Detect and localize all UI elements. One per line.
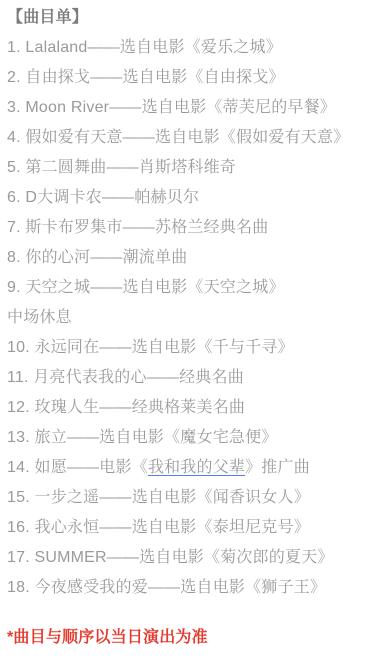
program-line-5: 5. 第二圆舞曲——肖斯塔科维奇 (7, 153, 367, 183)
program-line-2: 2. 自由探戈——选自电影《自由探戈》 (7, 63, 367, 93)
program-line-9: 9. 天空之城——选自电影《天空之城》 (7, 273, 367, 303)
intermission-line: 中场休息 (7, 303, 367, 333)
program-title: 【曲目单】 (7, 3, 367, 33)
footer-note: *曲目与顺序以当日演出为准 (7, 623, 367, 653)
article-page: 【曲目单】 1. Lalaland——选自电影《爱乐之城》 2. 自由探戈——选… (0, 0, 373, 661)
program-line-15: 15. 一步之遥——选自电影《闻香识女人》 (7, 483, 367, 513)
program-line-4: 4. 假如爱有天意——选自电影《假如爱有天意》 (7, 123, 367, 153)
program-line-17: 17. SUMMER——选自电影《菊次郎的夏天》 (7, 543, 367, 573)
program-line-7: 7. 斯卡布罗集市——苏格兰经典名曲 (7, 213, 367, 243)
program-line-14-prefix: 14. 如愿——电影《 (7, 459, 148, 476)
program-line-11: 11. 月亮代表我的心——经典名曲 (7, 363, 367, 393)
program-line-3: 3. Moon River——选自电影《蒂芙尼的早餐》 (7, 93, 367, 123)
program-line-8: 8. 你的心河——潮流单曲 (7, 243, 367, 273)
program-line-6: 6. D大调卡农——帕赫贝尔 (7, 183, 367, 213)
program-line-16: 16. 我心永恒——选自电影《泰坦尼克号》 (7, 513, 367, 543)
movie-link[interactable]: 我和我的父辈 (148, 459, 245, 476)
program-line-14-suffix: 》推广曲 (245, 459, 310, 476)
program-line-1: 1. Lalaland——选自电影《爱乐之城》 (7, 33, 367, 63)
program-line-12: 12. 玫瑰人生——经典格莱美名曲 (7, 393, 367, 423)
program-line-14: 14. 如愿——电影《我和我的父辈》推广曲 (7, 453, 367, 483)
program-line-13: 13. 旅立——选自电影《魔女宅急便》 (7, 423, 367, 453)
program-line-10: 10. 永远同在——选自电影《千与千寻》 (7, 333, 367, 363)
program-line-18: 18. 今夜感受我的爱——选自电影《狮子王》 (7, 573, 367, 603)
